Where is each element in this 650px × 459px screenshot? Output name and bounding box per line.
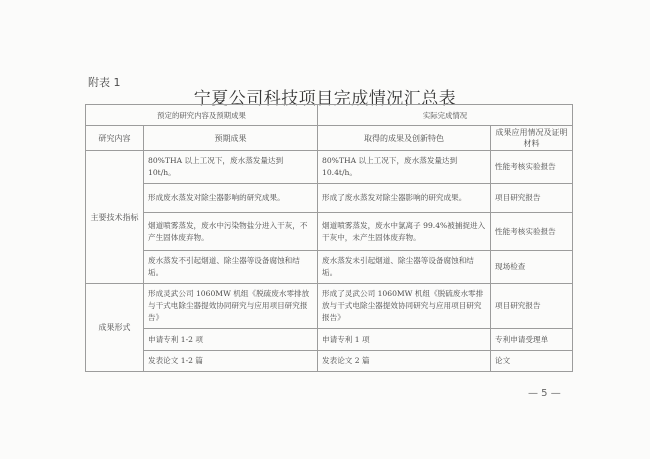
- summary-table: 预定的研究内容及预期成果 实际完成情况 研究内容 预期成果 取得的成果及创新特色…: [85, 104, 573, 372]
- expected-cell: 发表论文 1-2 篇: [144, 351, 318, 372]
- expected-cell: 申请专利 1-2 项: [144, 329, 318, 351]
- evidence-cell: 性能考核实验报告: [491, 151, 573, 184]
- evidence-cell: 项目研究报告: [491, 284, 573, 329]
- achieved-cell: 形成了灵武公司 1060MW 机组《脱硫废水零排放与干式电除尘器提效协同研究与应…: [318, 284, 491, 329]
- achieved-cell: 申请专利 1 项: [318, 329, 491, 351]
- evidence-cell: 论文: [491, 351, 573, 372]
- table-row: 发表论文 1-2 篇 发表论文 2 篇 论文: [86, 351, 573, 372]
- table-row: 废水蒸发不引起烟道、除尘器等设备腐蚀和结垢。 废水蒸发未引起烟道、除尘器等设备腐…: [86, 251, 573, 284]
- table-row: 主要技术指标 80%THA 以上工况下，废水蒸发量达到 10t/h。 80%TH…: [86, 151, 573, 184]
- expected-cell: 废水蒸发不引起烟道、除尘器等设备腐蚀和结垢。: [144, 251, 318, 284]
- achieved-cell: 形成了废水蒸发对除尘器影响的研究成果。: [318, 184, 491, 213]
- table-row: 形成废水蒸发对除尘器影响的研究成果。 形成了废水蒸发对除尘器影响的研究成果。 项…: [86, 184, 573, 213]
- column-header-expected-results: 预期成果: [144, 126, 318, 151]
- page-number: — 5 —: [528, 388, 561, 399]
- expected-cell: 形成灵武公司 1060MW 机组《脱硫废水零排放与干式电除尘器提效协同研究与应用…: [144, 284, 318, 329]
- evidence-cell: 现场检查: [491, 251, 573, 284]
- category-cell: 主要技术指标: [86, 151, 144, 284]
- group-header-row: 预定的研究内容及预期成果 实际完成情况: [86, 105, 573, 126]
- table-row: 烟道喷雾蒸发，废水中污染物盐分进入干灰，不产生固体废弃物。 烟道喷雾蒸发，废水中…: [86, 213, 573, 251]
- column-header-research-content: 研究内容: [86, 126, 144, 151]
- column-header-row: 研究内容 预期成果 取得的成果及创新特色 成果应用情况及证明材料: [86, 126, 573, 151]
- evidence-cell: 专利申请受理单: [491, 329, 573, 351]
- group-header-actual: 实际完成情况: [318, 105, 573, 126]
- category-cell: 成果形式: [86, 284, 144, 372]
- evidence-cell: 项目研究报告: [491, 184, 573, 213]
- expected-cell: 80%THA 以上工况下，废水蒸发量达到 10t/h。: [144, 151, 318, 184]
- achieved-cell: 烟道喷雾蒸发，废水中氯离子 99.4%被捕捉进入干灰中，未产生固体废弃物。: [318, 213, 491, 251]
- achieved-cell: 废水蒸发未引起烟道、除尘器等设备腐蚀和结垢。: [318, 251, 491, 284]
- achieved-cell: 80%THA 以上工况下，废水蒸发量达到 10.4t/h。: [318, 151, 491, 184]
- achieved-cell: 发表论文 2 篇: [318, 351, 491, 372]
- column-header-application-evidence: 成果应用情况及证明材料: [491, 126, 573, 151]
- expected-cell: 烟道喷雾蒸发，废水中污染物盐分进入干灰，不产生固体废弃物。: [144, 213, 318, 251]
- group-header-planned: 预定的研究内容及预期成果: [86, 105, 318, 126]
- evidence-cell: 性能考核实验报告: [491, 213, 573, 251]
- column-header-achieved-results: 取得的成果及创新特色: [318, 126, 491, 151]
- table-row: 申请专利 1-2 项 申请专利 1 项 专利申请受理单: [86, 329, 573, 351]
- table-row: 成果形式 形成灵武公司 1060MW 机组《脱硫废水零排放与干式电除尘器提效协同…: [86, 284, 573, 329]
- expected-cell: 形成废水蒸发对除尘器影响的研究成果。: [144, 184, 318, 213]
